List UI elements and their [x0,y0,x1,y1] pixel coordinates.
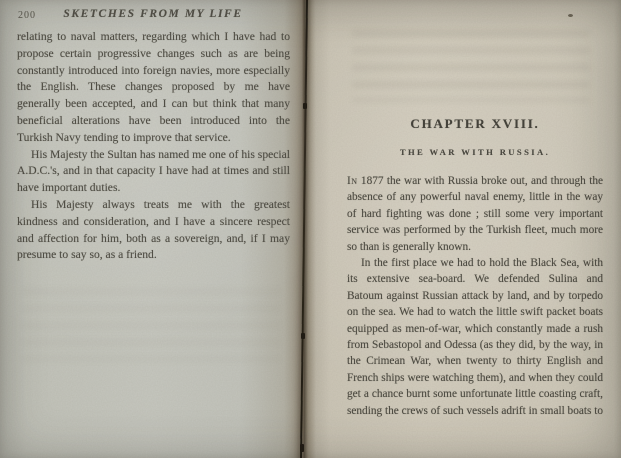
running-header: SKETCHES FROM MY LIFE [16,8,290,20]
book-spread-photo: 200 SKETCHES FROM MY LIFE relating to na… [0,0,621,458]
binding-stitch-mark [303,103,307,109]
paper-speck [568,14,573,17]
chapter-subtitle: THE WAR WITH RUSSIA. [347,147,603,157]
left-page-header: 200 SKETCHES FROM MY LIFE [16,8,290,24]
paragraph: relating to naval matters, regarding whi… [17,29,290,147]
paragraph: In 1877 the war with Russia broke out, a… [347,173,603,255]
paragraph: In the first place we had to hold the Bl… [347,255,603,419]
lead-word-smallcaps: In [347,175,358,187]
left-page-body: relating to naval matters, regarding whi… [17,29,290,264]
binding-stitch-mark [300,444,304,452]
paragraph: His Majesty always treats me with the gr… [17,197,290,264]
left-page: 200 SKETCHES FROM MY LIFE relating to na… [0,0,304,458]
binding-stitch-mark [301,333,305,339]
paragraph-text: 1877 the war with Russia broke out, and … [347,175,603,253]
page-number: 200 [18,10,36,21]
right-page-body: CHAPTER XVIII. THE WAR WITH RUSSIA. In 1… [347,116,603,419]
chapter-heading: CHAPTER XVIII. [347,116,603,132]
paragraph: His Majesty the Sultan has named me one … [17,147,290,197]
